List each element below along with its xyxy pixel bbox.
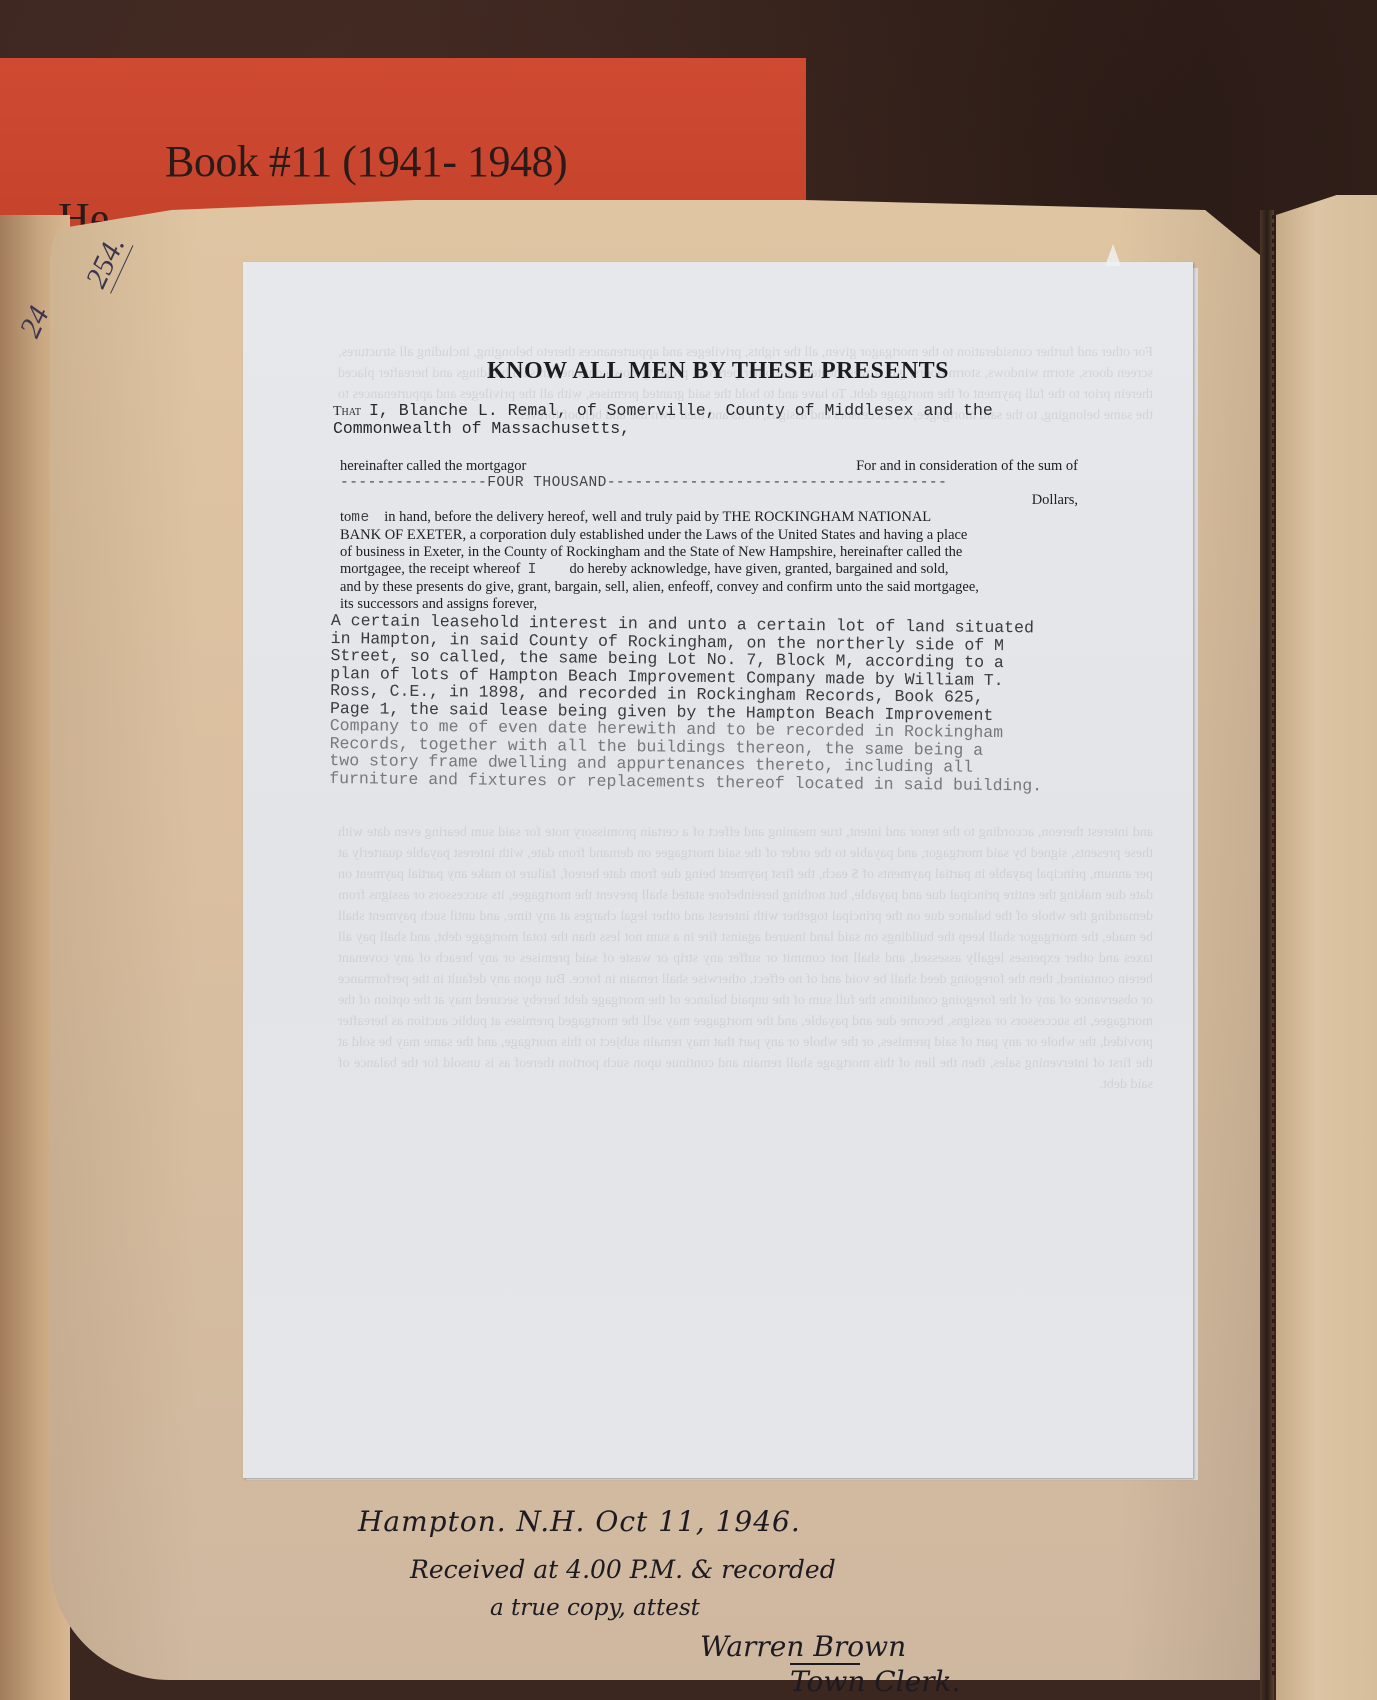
presents-line: and by these presents do give, grant, ba… xyxy=(340,579,1078,596)
property-description: A certain leasehold interest in and unto… xyxy=(329,612,1131,795)
book-title: Book #11 (1941- 1948) xyxy=(165,136,567,187)
successors-line: its successors and assigns forever, xyxy=(340,596,1078,613)
mortgagor-label: hereinafter called the mortgagor xyxy=(340,458,526,475)
to-label: to xyxy=(340,509,351,525)
dollars-label: Dollars, xyxy=(1032,492,1078,509)
business-line: of business in Exeter, in the County of … xyxy=(340,544,1078,561)
preamble-line-2: Commonwealth of Massachusetts, xyxy=(333,420,1098,437)
ledger-right-page xyxy=(1276,195,1377,1700)
bank-line: BANK OF EXETER, a corporation duly estab… xyxy=(340,527,1078,544)
preamble-line-1: I, Blanche L. Remal, of Somerville, Coun… xyxy=(369,401,993,420)
mortgagee-line-b: do hereby acknowledge, have given, grant… xyxy=(569,561,948,577)
paid-line: in hand, before the delivery hereof, wel… xyxy=(384,509,931,525)
handwritten-received-line: Received at 4.00 P.M. & recorded xyxy=(410,1555,836,1584)
that-label: That xyxy=(333,404,361,419)
grantor-preamble: ThatI, Blanche L. Remal, of Somerville, … xyxy=(333,402,1098,437)
amount-typed: ----------------FOUR THOUSAND-----------… xyxy=(340,475,947,492)
handwritten-place-date: Hampton. N.H. Oct 11, 1946. xyxy=(358,1505,801,1538)
to-typed: me xyxy=(351,510,369,526)
mortgagee-line-a: mortgagee, the receipt whereof xyxy=(340,561,520,577)
handwritten-attest-line: a true copy, attest xyxy=(490,1595,700,1621)
document-title: KNOW ALL MEN BY THESE PRESENTS xyxy=(243,358,1193,385)
mortgagee-typed: I xyxy=(528,562,537,578)
printed-form-text: hereinafter called the mortgagor For and… xyxy=(340,458,1078,613)
binding-stitching xyxy=(1272,215,1275,1675)
clerk-title: Town Clerk. xyxy=(790,1665,960,1698)
bleed-through-text-bottom: and interest thereon, according to the t… xyxy=(338,822,1153,1412)
mortgage-deed-document: For other and further consideration to t… xyxy=(243,262,1193,1478)
clerk-signature: Warren Brown xyxy=(700,1630,906,1663)
consideration-label: For and in consideration of the sum of xyxy=(856,458,1078,475)
